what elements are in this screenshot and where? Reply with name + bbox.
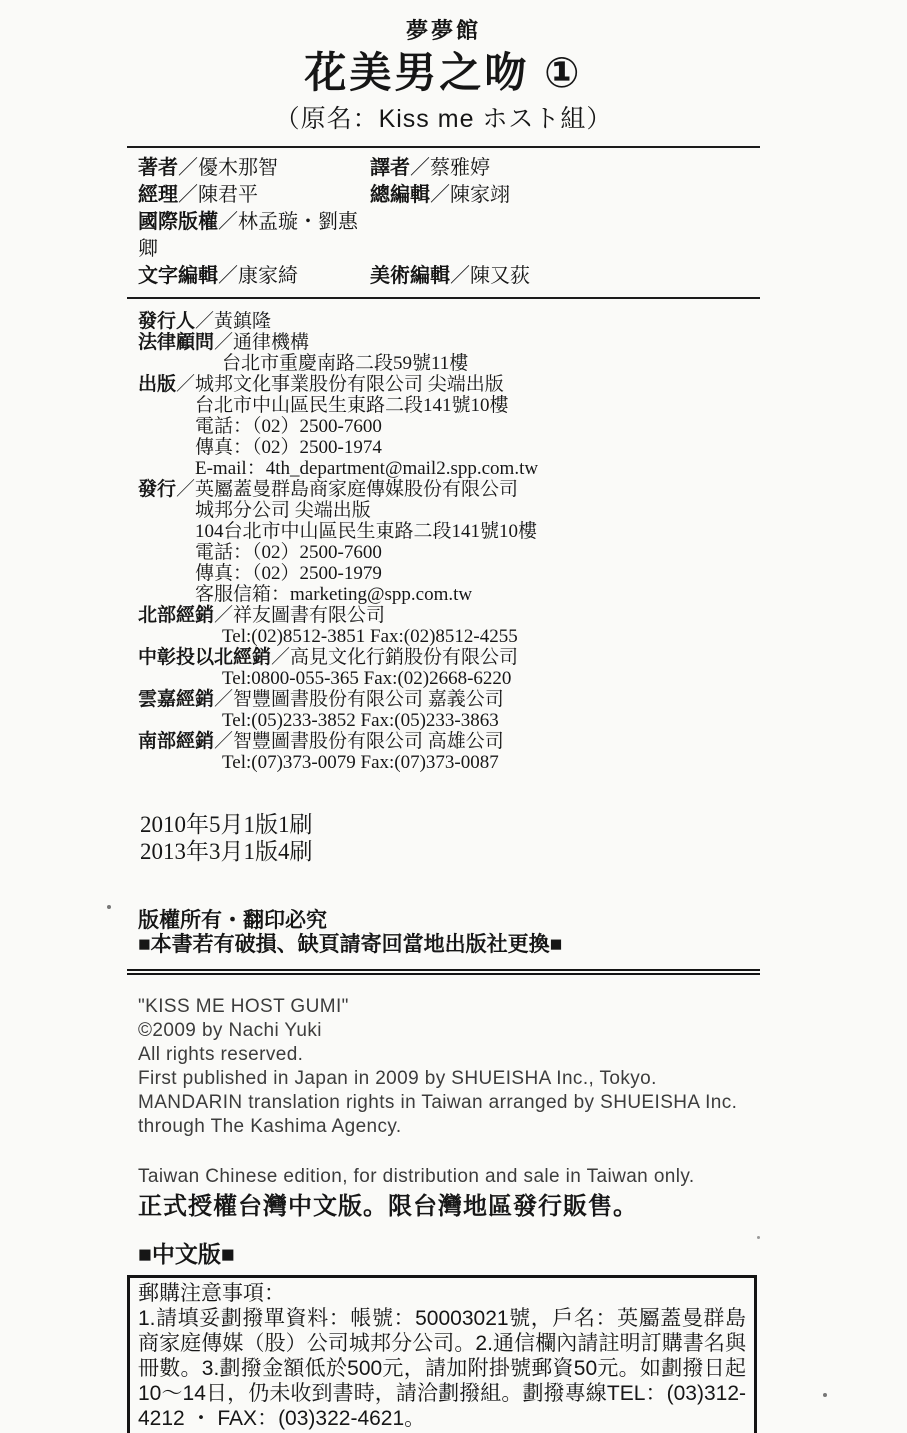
header: 夢夢館 花美男之吻 ① （原名：Kiss me ホスト組） xyxy=(127,0,760,136)
legal-advisor-line: 法律顧問／通律機構 xyxy=(138,332,760,353)
field-value: 電話：（02）2500-7600 xyxy=(195,416,382,437)
field-value: Tel:(07)373-0079 Fax:(07)373-0087 xyxy=(222,752,499,773)
scan-speck xyxy=(823,1393,827,1397)
credit-intl-rights: 國際版權／林孟璇・劉惠卿 xyxy=(138,209,370,263)
scan-speck xyxy=(757,1236,760,1239)
field-value: Tel:0800-055-365 Fax:(02)2668-6220 xyxy=(222,668,511,689)
replacement-notice-line: ■本書若有破損、缺頁請寄回當地出版社更換■ xyxy=(138,933,760,957)
field-value: 高見文化行銷股份有限公司 xyxy=(290,647,518,668)
field-label: 中彰投以北經銷 xyxy=(138,647,271,668)
credits-section: 著者／優木那智 譯者／蔡雅婷 經理／陳君平 總編輯／陳家翊 國際版權／林孟璇・劉… xyxy=(138,155,760,290)
field-label: 北部經銷 xyxy=(138,605,214,626)
first-printing: 2010年5月1版1刷 xyxy=(140,811,760,838)
field-value: 城邦文化事業股份有限公司 尖端出版 xyxy=(195,374,504,395)
central-distributor-line: 中彰投以北經銷／高見文化行銷股份有限公司 xyxy=(138,647,760,668)
field-value: Tel:(02)8512-3851 Fax:(02)8512-4255 xyxy=(222,626,518,647)
label-separator: ／ xyxy=(218,265,238,287)
field-value: 祥友圖書有限公司 xyxy=(233,605,385,626)
distributor-line: 發行／英屬蓋曼群島商家庭傳媒股份有限公司 xyxy=(138,479,760,500)
field-value: 104台北市中山區民生東路二段141號10樓 xyxy=(195,521,537,542)
field-value: 智豐圖書股份有限公司 高雄公司 xyxy=(233,731,504,752)
book-title: 花美男之吻 ① xyxy=(127,48,760,98)
divider-heavy xyxy=(127,969,760,975)
agency-line: through The Kashima Agency. xyxy=(138,1115,760,1139)
field-value: 客服信箱：marketing@spp.com.tw xyxy=(195,584,472,605)
field-value: 城邦分公司 尖端出版 xyxy=(195,500,371,521)
customer-service-email: 客服信箱：marketing@spp.com.tw xyxy=(138,584,760,605)
field-value: 電話：（02）2500-7600 xyxy=(195,542,382,563)
field-label: 雲嘉經銷 xyxy=(138,689,214,710)
rights-reserved-line: 版權所有・翻印必究 xyxy=(138,909,760,933)
field-value: 傳真：（02）2500-1974 xyxy=(195,437,382,458)
label-separator: ／ xyxy=(178,184,198,206)
credit-author: 著者／優木那智 xyxy=(138,155,370,182)
copyright-notice: 版權所有・翻印必究 ■本書若有破損、缺頁請寄回當地出版社更換■ xyxy=(138,909,760,957)
label-separator: ／ xyxy=(410,157,430,179)
imprint-name: 夢夢館 xyxy=(127,16,760,46)
label-separator: ／ xyxy=(178,157,198,179)
edition-dates: 2010年5月1版1刷 2013年3月1版4刷 xyxy=(140,811,760,865)
yunjia-distributor-line: 雲嘉經銷／智豐圖書股份有限公司 嘉義公司 xyxy=(138,689,760,710)
field-value: 黃鎮隆 xyxy=(214,311,271,332)
credit-label: 文字編輯 xyxy=(138,265,218,287)
credit-value: 蔡雅婷 xyxy=(430,157,490,179)
distributor-fax: 傳真：（02）2500-1979 xyxy=(138,563,760,584)
credit-chief-editor: 總編輯／陳家翊 xyxy=(370,182,760,209)
mail-order-box: 郵購注意事項： 1.請填妥劃撥單資料：帳號：50003021號，戶名：英屬蓋曼群… xyxy=(127,1275,757,1433)
south-distributor-line: 南部經銷／智豐圖書股份有限公司 高雄公司 xyxy=(138,731,760,752)
field-label: 出版 xyxy=(138,374,176,395)
distributor-address: 104台北市中山區民生東路二段141號10樓 xyxy=(138,521,760,542)
field-value: 智豐圖書股份有限公司 嘉義公司 xyxy=(233,689,504,710)
field-value: 台北市重慶南路二段59號11樓 xyxy=(222,353,468,374)
divider-top xyxy=(127,146,760,148)
english-copyright: "KISS ME HOST GUMI" ©2009 by Nachi Yuki … xyxy=(138,995,760,1139)
fourth-printing: 2013年3月1版4刷 xyxy=(140,838,760,865)
credit-manager: 經理／陳君平 xyxy=(138,182,370,209)
field-label: 發行人 xyxy=(138,311,195,332)
translation-rights-line: MANDARIN translation rights in Taiwan ar… xyxy=(138,1091,760,1115)
colophon-page: 夢夢館 花美男之吻 ① （原名：Kiss me ホスト組） 著者／優木那智 譯者… xyxy=(0,0,907,1433)
field-value: 傳真：（02）2500-1979 xyxy=(195,563,382,584)
distributor-phone: 電話：（02）2500-7600 xyxy=(138,542,760,563)
field-label: 發行 xyxy=(138,479,176,500)
field-value: Tel:(05)233-3852 Fax:(05)233-3863 xyxy=(222,710,499,731)
credit-translator: 譯者／蔡雅婷 xyxy=(370,155,760,182)
label-separator: ／ xyxy=(214,731,233,752)
credit-row: 國際版權／林孟璇・劉惠卿 xyxy=(138,209,760,263)
taiwan-edition-notice: Taiwan Chinese edition, for distribution… xyxy=(138,1165,760,1221)
credit-value: 優木那智 xyxy=(198,157,278,179)
divider-credits xyxy=(127,297,760,299)
label-separator: ／ xyxy=(450,265,470,287)
distributor-branch: 城邦分公司 尖端出版 xyxy=(138,500,760,521)
credit-value: 陳又荻 xyxy=(470,265,530,287)
credit-row: 文字編輯／康家綺 美術編輯／陳又荻 xyxy=(138,263,760,290)
central-distributor-tel: Tel:0800-055-365 Fax:(02)2668-6220 xyxy=(138,668,760,689)
field-value: 台北市中山區民生東路二段141號10樓 xyxy=(195,395,509,416)
credit-label: 著者 xyxy=(138,157,178,179)
publication-section: 發行人／黃鎮隆 法律顧問／通律機構 台北市重慶南路二段59號11樓 出版／城邦文… xyxy=(138,311,760,773)
page-content: 夢夢館 花美男之吻 ① （原名：Kiss me ホスト組） 著者／優木那智 譯者… xyxy=(127,0,760,1433)
field-label: 法律顧問 xyxy=(138,332,214,353)
taiwan-notice-chinese: 正式授權台灣中文版。限台灣地區發行販售。 xyxy=(138,1193,760,1221)
label-separator: ／ xyxy=(218,211,238,233)
label-separator: ／ xyxy=(176,479,195,500)
original-title: （原名：Kiss me ホスト組） xyxy=(127,102,760,136)
north-distributor-line: 北部經銷／祥友圖書有限公司 xyxy=(138,605,760,626)
label-separator: ／ xyxy=(430,184,450,206)
label-separator: ／ xyxy=(214,689,233,710)
field-label: 南部經銷 xyxy=(138,731,214,752)
credit-row: 經理／陳君平 總編輯／陳家翊 xyxy=(138,182,760,209)
publisher-person-line: 發行人／黃鎮隆 xyxy=(138,311,760,332)
label-separator: ／ xyxy=(214,605,233,626)
credit-value: 陳家翊 xyxy=(450,184,510,206)
yunjia-distributor-tel: Tel:(05)233-3852 Fax:(05)233-3863 xyxy=(138,710,760,731)
first-published-line: First published in Japan in 2009 by SHUE… xyxy=(138,1067,760,1091)
legal-advisor-address: 台北市重慶南路二段59號11樓 xyxy=(138,353,760,374)
mail-order-instructions: 1.請填妥劃撥單資料：帳號：50003021號，戶名：英屬蓋曼群島商家庭傳媒（股… xyxy=(138,1306,746,1431)
credit-value: 陳君平 xyxy=(198,184,258,206)
credit-label: 譯者 xyxy=(370,157,410,179)
english-title-line: "KISS ME HOST GUMI" xyxy=(138,995,760,1019)
label-separator: ／ xyxy=(195,311,214,332)
field-value: 通律機構 xyxy=(233,332,309,353)
rights-line: All rights reserved. xyxy=(138,1043,760,1067)
chinese-edition-heading: ■中文版■ xyxy=(138,1241,760,1267)
publisher-fax: 傳真：（02）2500-1974 xyxy=(138,437,760,458)
credit-row: 著者／優木那智 譯者／蔡雅婷 xyxy=(138,155,760,182)
field-value: E-mail：4th_department@mail2.spp.com.tw xyxy=(195,458,538,479)
credit-label: 經理 xyxy=(138,184,178,206)
credit-label: 總編輯 xyxy=(370,184,430,206)
publisher-address: 台北市中山區民生東路二段141號10樓 xyxy=(138,395,760,416)
credit-art-editor: 美術編輯／陳又荻 xyxy=(370,263,760,290)
credit-label: 美術編輯 xyxy=(370,265,450,287)
publisher-email: E-mail：4th_department@mail2.spp.com.tw xyxy=(138,458,760,479)
south-distributor-tel: Tel:(07)373-0079 Fax:(07)373-0087 xyxy=(138,752,760,773)
label-separator: ／ xyxy=(271,647,290,668)
label-separator: ／ xyxy=(214,332,233,353)
label-separator: ／ xyxy=(176,374,195,395)
publisher-phone: 電話：（02）2500-7600 xyxy=(138,416,760,437)
scan-speck xyxy=(107,905,111,909)
credit-text-editor: 文字編輯／康家綺 xyxy=(138,263,370,290)
copyright-year-line: ©2009 by Nachi Yuki xyxy=(138,1019,760,1043)
credit-label: 國際版權 xyxy=(138,211,218,233)
credit-empty xyxy=(370,209,760,263)
publisher-line: 出版／城邦文化事業股份有限公司 尖端出版 xyxy=(138,374,760,395)
mail-order-heading: 郵購注意事項： xyxy=(138,1281,746,1306)
north-distributor-tel: Tel:(02)8512-3851 Fax:(02)8512-4255 xyxy=(138,626,760,647)
taiwan-notice-english: Taiwan Chinese edition, for distribution… xyxy=(138,1165,760,1189)
credit-value: 康家綺 xyxy=(238,265,298,287)
field-value: 英屬蓋曼群島商家庭傳媒股份有限公司 xyxy=(195,479,518,500)
